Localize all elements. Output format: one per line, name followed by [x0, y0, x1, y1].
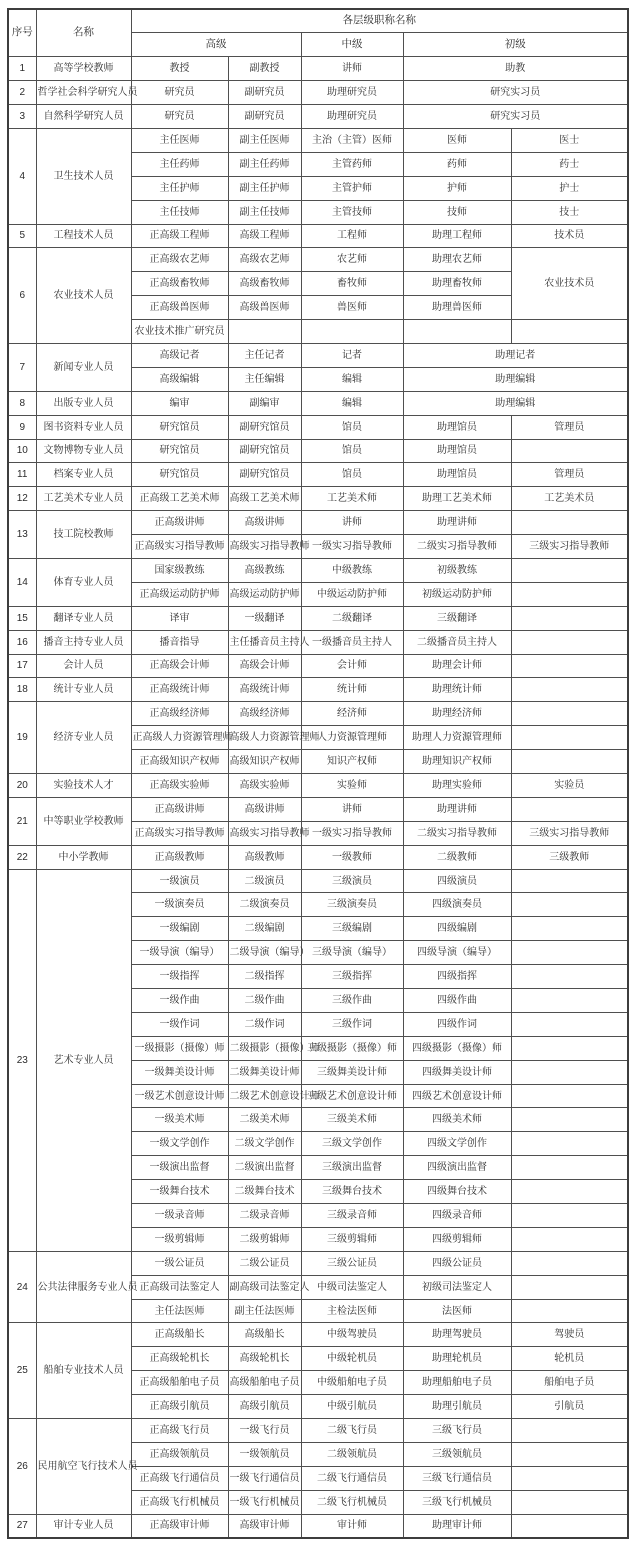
title-cell: 高级知识产权师	[228, 750, 301, 774]
title-cell: 人力资源管理师	[301, 726, 403, 750]
section-name: 新闻专业人员	[36, 343, 131, 391]
title-cell	[511, 965, 628, 989]
title-cell: 正高级飞行员	[131, 1419, 228, 1443]
title-cell: 正高级运动防护师	[131, 582, 228, 606]
table-row: 21中等职业学校教师正高级讲师高级讲师讲师助理讲师	[8, 797, 628, 821]
title-cell: 三级舞台技术	[301, 1180, 403, 1204]
title-cell: 中级轮机员	[301, 1347, 403, 1371]
title-cell: 高级兽医师	[228, 296, 301, 320]
title-cell: 讲师	[301, 797, 403, 821]
title-cell: 三级编剧	[301, 917, 403, 941]
title-cell: 三级演员	[301, 869, 403, 893]
title-cell: 二级演员	[228, 869, 301, 893]
table-row: 9图书资料专业人员研究馆员副研究馆员馆员助理馆员管理员	[8, 415, 628, 439]
title-cell: 工程师	[301, 224, 403, 248]
title-cell: 技术员	[511, 224, 628, 248]
table-row: 19经济专业人员正高级经济师高级经济师经济师助理经济师	[8, 702, 628, 726]
title-cell: 助理经济师	[403, 702, 511, 726]
title-cell: 管理员	[511, 415, 628, 439]
title-cell: 四级演员	[403, 869, 511, 893]
section-number: 12	[8, 487, 36, 511]
section-name: 高等学校教师	[36, 57, 131, 81]
title-cell: 二级导演（编导）	[228, 941, 301, 965]
title-cell: 一级导演（编导）	[131, 941, 228, 965]
title-cell: 三级舞美设计师	[301, 1060, 403, 1084]
title-cell: 护师	[403, 176, 511, 200]
title-cell: 正高级实习指导教师	[131, 535, 228, 559]
title-cell: 主管药师	[301, 152, 403, 176]
title-cell: 研究馆员	[131, 415, 228, 439]
title-cell	[511, 1490, 628, 1514]
title-cell	[511, 941, 628, 965]
table-body: 1高等学校教师教授副教授讲师助教2哲学社会科学研究人员研究员副研究员助理研究员研…	[8, 57, 628, 1538]
title-cell: 二级翻译	[301, 606, 403, 630]
section-name: 艺术专业人员	[36, 869, 131, 1251]
title-cell: 正高级船长	[131, 1323, 228, 1347]
title-cell: 统计师	[301, 678, 403, 702]
title-cell: 一级实习指导教师	[301, 535, 403, 559]
title-cell: 正高级飞行机械员	[131, 1490, 228, 1514]
header-col-name: 名称	[36, 9, 131, 57]
title-cell: 三级翻译	[403, 606, 511, 630]
title-cell	[511, 750, 628, 774]
title-cell: 高级审计师	[228, 1514, 301, 1538]
section-name: 实验技术人才	[36, 774, 131, 798]
section-number: 13	[8, 511, 36, 559]
title-cell: 高级会计师	[228, 654, 301, 678]
title-cell: 轮机员	[511, 1347, 628, 1371]
title-cell	[511, 1442, 628, 1466]
title-cell: 副研究馆员	[228, 415, 301, 439]
title-cell: 管理员	[511, 463, 628, 487]
section-number: 10	[8, 439, 36, 463]
table-row: 18统计专业人员正高级统计师高级统计师统计师助理统计师	[8, 678, 628, 702]
title-cell	[511, 678, 628, 702]
table-header: 序号 名称 各层级职称名称 高级 中级 初级	[8, 9, 628, 57]
title-cell: 中级引航员	[301, 1395, 403, 1419]
title-cell: 一级实习指导教师	[301, 821, 403, 845]
title-cell: 一级公证员	[131, 1251, 228, 1275]
title-cell: 记者	[301, 343, 403, 367]
title-cell: 一级编剧	[131, 917, 228, 941]
title-cell: 三级领航员	[403, 1442, 511, 1466]
section-name: 自然科学研究人员	[36, 105, 131, 129]
title-cell: 一级播音员主持人	[301, 630, 403, 654]
title-cell: 助理审计师	[403, 1514, 511, 1538]
section-number: 6	[8, 248, 36, 344]
title-cell: 副教授	[228, 57, 301, 81]
section-name: 翻译专业人员	[36, 606, 131, 630]
section-name: 档案专业人员	[36, 463, 131, 487]
title-cell: 正高级统计师	[131, 678, 228, 702]
title-cell: 助理讲师	[403, 797, 511, 821]
table-row: 12工艺美术专业人员正高级工艺美术师高级工艺美术师工艺美术师助理工艺美术师工艺美…	[8, 487, 628, 511]
title-cell	[511, 582, 628, 606]
title-cell: 高级实验师	[228, 774, 301, 798]
title-cell: 会计师	[301, 654, 403, 678]
title-cell: 四级演奏员	[403, 893, 511, 917]
title-cell: 主管护师	[301, 176, 403, 200]
section-name: 统计专业人员	[36, 678, 131, 702]
section-number: 24	[8, 1251, 36, 1323]
page: 序号 名称 各层级职称名称 高级 中级 初级 1高等学校教师教授副教授讲师助教2…	[0, 0, 633, 1547]
title-cell: 四级指挥	[403, 965, 511, 989]
title-cell: 助理农艺师	[403, 248, 511, 272]
title-cell: 研究馆员	[131, 439, 228, 463]
title-cell: 工艺美术师	[301, 487, 403, 511]
title-cell	[511, 917, 628, 941]
table-row: 5工程技术人员正高级工程师高级工程师工程师助理工程师技术员	[8, 224, 628, 248]
title-cell: 二级作词	[228, 1012, 301, 1036]
title-cell: 高级农艺师	[228, 248, 301, 272]
title-cell: 编辑	[301, 391, 403, 415]
header-row-1: 序号 名称 各层级职称名称	[8, 9, 628, 33]
title-cell: 讲师	[301, 57, 403, 81]
table-row: 15翻译专业人员译审一级翻译二级翻译三级翻译	[8, 606, 628, 630]
table-row: 27审计专业人员正高级审计师高级审计师审计师助理审计师	[8, 1514, 628, 1538]
title-cell: 一级艺术创意设计师	[131, 1084, 228, 1108]
title-cell: 农业技术推广研究员	[131, 320, 228, 344]
title-cell: 二级实习指导教师	[403, 535, 511, 559]
table-row: 11档案专业人员研究馆员副研究馆员馆员助理馆员管理员	[8, 463, 628, 487]
title-cell: 二级剪辑师	[228, 1227, 301, 1251]
title-cell: 引航员	[511, 1395, 628, 1419]
title-cell: 四级舞台技术	[403, 1180, 511, 1204]
section-name: 工艺美术专业人员	[36, 487, 131, 511]
title-cell	[511, 797, 628, 821]
title-cell: 副主任技师	[228, 200, 301, 224]
title-cell: 副主任法医师	[228, 1299, 301, 1323]
title-cell: 研究实习员	[403, 81, 628, 105]
title-cell: 教授	[131, 57, 228, 81]
title-cell: 助理编辑	[403, 391, 628, 415]
title-cell: 三级演奏员	[301, 893, 403, 917]
title-cell: 助理畜牧师	[403, 272, 511, 296]
title-cell: 编审	[131, 391, 228, 415]
title-cell: 助理工艺美术师	[403, 487, 511, 511]
title-cell: 助理讲师	[403, 511, 511, 535]
title-cell	[511, 702, 628, 726]
title-cell: 主任记者	[228, 343, 301, 367]
title-cell: 三级实习指导教师	[511, 821, 628, 845]
title-cell: 正高级实验师	[131, 774, 228, 798]
title-cell: 正高级船舶电子员	[131, 1371, 228, 1395]
header-col-no: 序号	[8, 9, 36, 57]
section-number: 3	[8, 105, 36, 129]
title-cell: 一级美术师	[131, 1108, 228, 1132]
title-cell: 助理驾驶员	[403, 1323, 511, 1347]
title-cell	[511, 1419, 628, 1443]
title-cell: 主任技师	[131, 200, 228, 224]
title-cell: 一级文学创作	[131, 1132, 228, 1156]
title-cell: 正高级人力资源管理师	[131, 726, 228, 750]
title-cell: 兽医师	[301, 296, 403, 320]
title-cell: 护士	[511, 176, 628, 200]
title-cell: 药士	[511, 152, 628, 176]
title-cell: 编辑	[301, 367, 403, 391]
title-cell: 高级教师	[228, 845, 301, 869]
title-cell	[511, 1012, 628, 1036]
title-cell: 一级录音师	[131, 1204, 228, 1228]
table-row: 17会计人员正高级会计师高级会计师会计师助理会计师	[8, 654, 628, 678]
table-row: 10文物博物专业人员研究馆员副研究馆员馆员助理馆员	[8, 439, 628, 463]
title-cell	[511, 558, 628, 582]
title-cell: 初级运动防护师	[403, 582, 511, 606]
title-cell: 正高级经济师	[131, 702, 228, 726]
title-cell: 副主任护师	[228, 176, 301, 200]
title-cell: 三级飞行通信员	[403, 1466, 511, 1490]
title-cell: 馆员	[301, 415, 403, 439]
title-cell: 三级教师	[511, 845, 628, 869]
title-cell: 中级司法鉴定人	[301, 1275, 403, 1299]
title-cell: 四级艺术创意设计师	[403, 1084, 511, 1108]
table-row: 14体育专业人员国家级教练高级教练中级教练初级教练	[8, 558, 628, 582]
title-cell: 副研究员	[228, 105, 301, 129]
title-cell: 中级教练	[301, 558, 403, 582]
title-cell	[511, 654, 628, 678]
section-number: 8	[8, 391, 36, 415]
title-cell: 驾驶员	[511, 1323, 628, 1347]
table-row: 8出版专业人员编审副编审编辑助理编辑	[8, 391, 628, 415]
section-number: 16	[8, 630, 36, 654]
title-cell: 助理记者	[403, 343, 628, 367]
title-cell: 助理会计师	[403, 654, 511, 678]
title-cell: 主任护师	[131, 176, 228, 200]
title-cell: 高级船长	[228, 1323, 301, 1347]
title-cell: 实验员	[511, 774, 628, 798]
table-row: 20实验技术人才正高级实验师高级实验师实验师助理实验师实验员	[8, 774, 628, 798]
title-cell: 一级作词	[131, 1012, 228, 1036]
title-cell: 高级经济师	[228, 702, 301, 726]
title-cell: 三级摄影（摄像）师	[301, 1036, 403, 1060]
title-cell: 医士	[511, 128, 628, 152]
title-cell: 一级演出监督	[131, 1156, 228, 1180]
title-cell: 一级指挥	[131, 965, 228, 989]
title-cell: 三级指挥	[301, 965, 403, 989]
title-cell: 副编审	[228, 391, 301, 415]
section-name: 工程技术人员	[36, 224, 131, 248]
title-cell: 一级演奏员	[131, 893, 228, 917]
title-cell: 三级作词	[301, 1012, 403, 1036]
title-cell: 三级剪辑师	[301, 1227, 403, 1251]
title-cell: 助理馆员	[403, 439, 511, 463]
title-cell: 二级飞行员	[301, 1419, 403, 1443]
title-cell: 一级翻译	[228, 606, 301, 630]
title-cell: 二级播音员主持人	[403, 630, 511, 654]
title-cell: 高级统计师	[228, 678, 301, 702]
title-cell	[511, 1227, 628, 1251]
section-name: 农业技术人员	[36, 248, 131, 344]
title-cell: 正高级讲师	[131, 511, 228, 535]
title-cell: 助理知识产权师	[403, 750, 511, 774]
title-cell: 副主任医师	[228, 128, 301, 152]
title-cell: 一级作曲	[131, 989, 228, 1013]
title-cell: 副研究馆员	[228, 439, 301, 463]
title-cell: 中级船舶电子员	[301, 1371, 403, 1395]
title-cell: 二级文学创作	[228, 1132, 301, 1156]
section-name: 卫生技术人员	[36, 128, 131, 224]
title-cell: 助教	[403, 57, 628, 81]
title-cell: 高级记者	[131, 343, 228, 367]
title-cell: 正高级工程师	[131, 224, 228, 248]
title-cell	[511, 439, 628, 463]
section-number: 23	[8, 869, 36, 1251]
title-cell: 助理研究员	[301, 105, 403, 129]
section-number: 1	[8, 57, 36, 81]
title-cell: 高级编辑	[131, 367, 228, 391]
title-cell: 助理编辑	[403, 367, 628, 391]
title-cell	[301, 320, 403, 344]
section-name: 审计专业人员	[36, 1514, 131, 1538]
title-cell: 工艺美术员	[511, 487, 628, 511]
section-name: 中小学教师	[36, 845, 131, 869]
title-cell: 四级剪辑师	[403, 1227, 511, 1251]
title-cell: 三级录音师	[301, 1204, 403, 1228]
title-cell: 研究员	[131, 81, 228, 105]
title-cell	[511, 606, 628, 630]
title-cell: 助理研究员	[301, 81, 403, 105]
section-number: 5	[8, 224, 36, 248]
section-name: 会计人员	[36, 654, 131, 678]
title-cell: 三级美术师	[301, 1108, 403, 1132]
title-cell: 助理统计师	[403, 678, 511, 702]
title-cell: 三级作曲	[301, 989, 403, 1013]
section-name: 公共法律服务专业人员	[36, 1251, 131, 1323]
title-cell	[511, 320, 628, 344]
title-cell: 一级摄影（摄像）师	[131, 1036, 228, 1060]
title-cell	[511, 726, 628, 750]
table-row: 2哲学社会科学研究人员研究员副研究员助理研究员研究实习员	[8, 81, 628, 105]
title-cell: 高级引航员	[228, 1395, 301, 1419]
title-cell: 二级指挥	[228, 965, 301, 989]
title-cell: 三级飞行员	[403, 1419, 511, 1443]
title-cell: 正高级会计师	[131, 654, 228, 678]
section-number: 26	[8, 1419, 36, 1515]
section-name: 民用航空飞行技术人员	[36, 1419, 131, 1515]
title-cell: 研究馆员	[131, 463, 228, 487]
titles-table: 序号 名称 各层级职称名称 高级 中级 初级 1高等学校教师教授副教授讲师助教2…	[7, 8, 629, 1539]
table-row: 22中小学教师正高级教师高级教师一级教师二级教师三级教师	[8, 845, 628, 869]
title-cell: 正高级农艺师	[131, 248, 228, 272]
title-cell: 一级剪辑师	[131, 1227, 228, 1251]
title-cell: 高级讲师	[228, 511, 301, 535]
title-cell: 四级美术师	[403, 1108, 511, 1132]
section-number: 7	[8, 343, 36, 391]
title-cell	[511, 511, 628, 535]
title-cell: 二级编剧	[228, 917, 301, 941]
title-cell: 医师	[403, 128, 511, 152]
title-cell: 二级飞行通信员	[301, 1466, 403, 1490]
table-row: 26民用航空飞行技术人员正高级飞行员一级飞行员二级飞行员三级飞行员	[8, 1419, 628, 1443]
table-row: 7新闻专业人员高级记者主任记者记者助理记者	[8, 343, 628, 367]
title-cell: 二级实习指导教师	[403, 821, 511, 845]
title-cell	[511, 1084, 628, 1108]
title-cell	[511, 1156, 628, 1180]
header-col-intermediate: 中级	[301, 33, 403, 57]
title-cell: 二级舞美设计师	[228, 1060, 301, 1084]
section-name: 图书资料专业人员	[36, 415, 131, 439]
title-cell: 二级演出监督	[228, 1156, 301, 1180]
title-cell: 三级导演（编导）	[301, 941, 403, 965]
title-cell	[511, 1251, 628, 1275]
title-cell: 二级演奏员	[228, 893, 301, 917]
title-cell: 四级摄影（摄像）师	[403, 1036, 511, 1060]
title-cell: 四级导演（编导）	[403, 941, 511, 965]
title-cell: 一级飞行员	[228, 1419, 301, 1443]
title-cell: 正高级工艺美术师	[131, 487, 228, 511]
title-cell	[511, 1275, 628, 1299]
title-cell: 副主任药师	[228, 152, 301, 176]
title-cell: 正高级兽医师	[131, 296, 228, 320]
title-cell: 高级工艺美术师	[228, 487, 301, 511]
title-cell: 副研究员	[228, 81, 301, 105]
title-cell	[511, 1180, 628, 1204]
title-cell: 助理引航员	[403, 1395, 511, 1419]
title-cell: 初级教练	[403, 558, 511, 582]
section-number: 19	[8, 702, 36, 774]
title-cell: 主任医师	[131, 128, 228, 152]
section-number: 25	[8, 1323, 36, 1419]
title-cell: 三级飞行机械员	[403, 1490, 511, 1514]
title-cell	[511, 1466, 628, 1490]
title-cell: 一级教师	[301, 845, 403, 869]
title-cell: 主检法医师	[301, 1299, 403, 1323]
title-cell: 助理馆员	[403, 415, 511, 439]
section-name: 中等职业学校教师	[36, 797, 131, 845]
title-cell: 助理兽医师	[403, 296, 511, 320]
section-number: 18	[8, 678, 36, 702]
section-name: 播音主持专业人员	[36, 630, 131, 654]
title-cell: 助理人力资源管理师	[403, 726, 511, 750]
section-number: 15	[8, 606, 36, 630]
title-cell	[511, 869, 628, 893]
title-cell: 审计师	[301, 1514, 403, 1538]
title-cell: 一级演员	[131, 869, 228, 893]
table-row: 4卫生技术人员主任医师副主任医师主治（主管）医师医师医士	[8, 128, 628, 152]
title-cell	[511, 630, 628, 654]
title-cell: 高级工程师	[228, 224, 301, 248]
title-cell: 译审	[131, 606, 228, 630]
header-col-senior: 高级	[131, 33, 301, 57]
table-row: 6农业技术人员正高级农艺师高级农艺师农艺师助理农艺师农业技术员	[8, 248, 628, 272]
title-cell	[228, 320, 301, 344]
table-row: 1高等学校教师教授副教授讲师助教	[8, 57, 628, 81]
title-cell: 一级领航员	[228, 1442, 301, 1466]
title-cell: 正高级审计师	[131, 1514, 228, 1538]
table-row: 3自然科学研究人员研究员副研究员助理研究员研究实习员	[8, 105, 628, 129]
title-cell: 研究实习员	[403, 105, 628, 129]
title-cell: 三级演出监督	[301, 1156, 403, 1180]
header-col-titles: 各层级职称名称	[131, 9, 628, 33]
title-cell: 二级舞台技术	[228, 1180, 301, 1204]
title-cell: 正高级知识产权师	[131, 750, 228, 774]
title-cell: 畜牧师	[301, 272, 403, 296]
section-number: 11	[8, 463, 36, 487]
title-cell: 初级司法鉴定人	[403, 1275, 511, 1299]
section-name: 哲学社会科学研究人员	[36, 81, 131, 105]
title-cell: 四级舞美设计师	[403, 1060, 511, 1084]
title-cell: 四级文学创作	[403, 1132, 511, 1156]
title-cell: 二级教师	[403, 845, 511, 869]
title-cell: 主任播音员主持人	[228, 630, 301, 654]
title-cell: 主治（主管）医师	[301, 128, 403, 152]
title-cell: 高级船舶电子员	[228, 1371, 301, 1395]
title-cell: 正高级实习指导教师	[131, 821, 228, 845]
title-cell: 知识产权师	[301, 750, 403, 774]
title-cell: 助理船舶电子员	[403, 1371, 511, 1395]
section-number: 22	[8, 845, 36, 869]
title-cell: 助理实验师	[403, 774, 511, 798]
